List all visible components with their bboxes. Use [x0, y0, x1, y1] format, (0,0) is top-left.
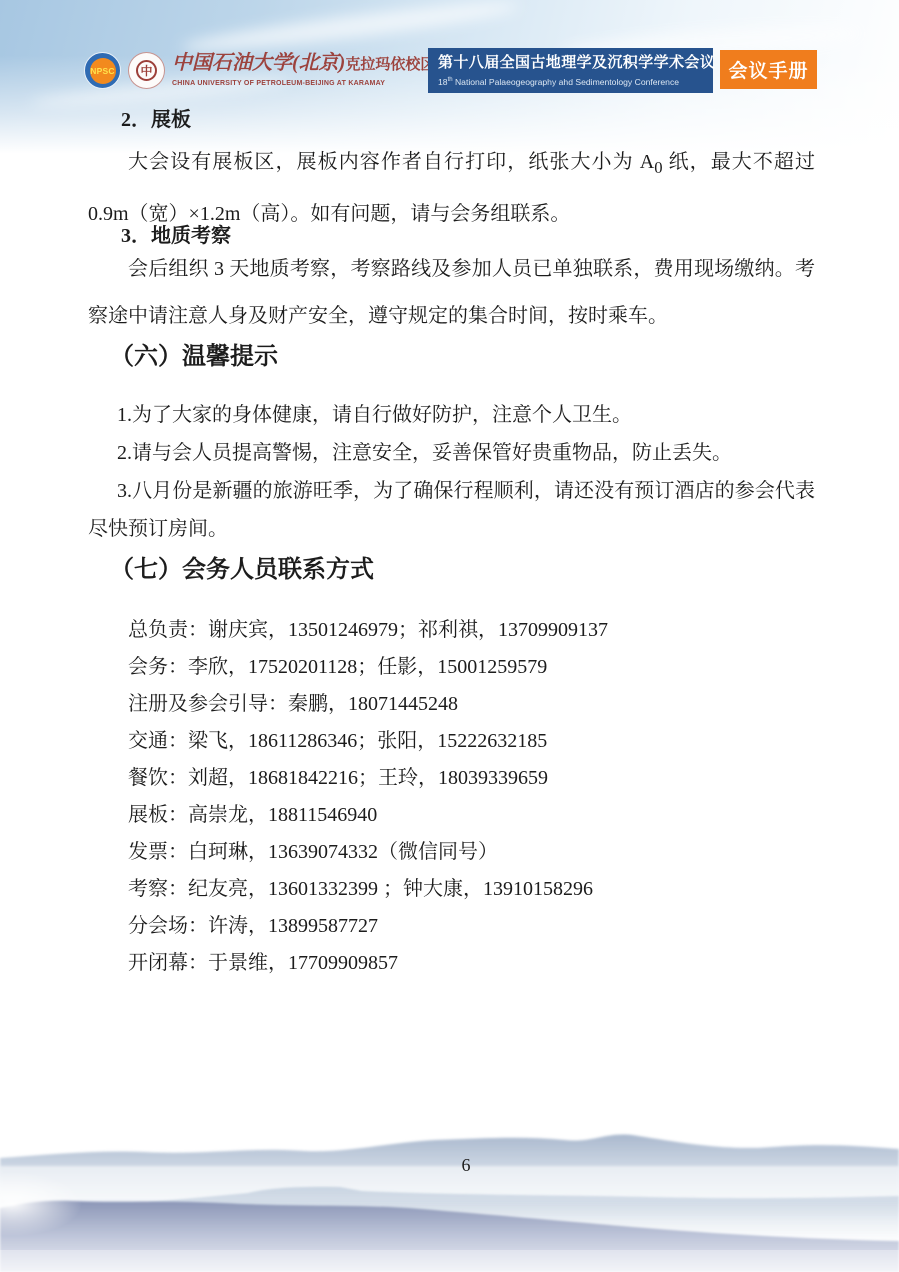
contact-line: 注册及参会引导：秦鹏，18071445248 [88, 686, 815, 723]
contact-line: 发票：白珂琳，13639074332（微信同号） [88, 834, 815, 871]
conference-title-cn: 第十八届全国古地理学及沉积学学术会议 [438, 53, 705, 73]
university-seal-icon: 中 [128, 52, 165, 89]
section-heading-tips: （六）温馨提示 [88, 340, 837, 374]
contact-line: 餐饮：刘超，18681842216；王玲，18039339659 [88, 760, 815, 797]
handbook-badge: 会议手册 [720, 50, 817, 89]
tips-item: 1.为了大家的身体健康，请自行做好防护，注意个人卫生。 [88, 396, 815, 434]
contact-line: 总负责：谢庆宾，13501246979；祁利祺，13709909137 [88, 612, 815, 649]
section-heading-posters: 2．展板 [88, 106, 848, 134]
contact-line: 展板：高崇龙，18811546940 [88, 797, 815, 834]
tips-list: 1.为了大家的身体健康，请自行做好防护，注意个人卫生。 2.请与会人员提高警惕，… [88, 396, 815, 548]
contact-line: 会务：李欣，17520201128；任影，15001259579 [88, 649, 815, 686]
tips-item: 2.请与会人员提高警惕，注意安全，妥善保管好贵重物品，防止丢失。 [88, 434, 815, 472]
contact-line: 考察：纪友亮，13601332399 ；钟大康，13910158296 [88, 871, 815, 908]
posters-subscript: 0 [654, 158, 662, 177]
tips-item: 3.八月份是新疆的旅游旺季，为了确保行程顺利，请还没有预订酒店的参会代表尽快预订… [88, 472, 815, 548]
conference-title-badge: 第十八届全国古地理学及沉积学学术会议 18th National Palaeog… [428, 48, 713, 93]
university-name-script: 中国石油大学(北京) [172, 52, 345, 74]
page-number: 6 [430, 1155, 502, 1176]
mountain-artwork [0, 1082, 899, 1272]
section-heading-contacts: （七）会务人员联系方式 [88, 553, 837, 587]
contact-line: 开闭幕：于景维，17709909857 [88, 945, 815, 982]
fieldtrip-paragraph: 会后组织 3 天地质考察，考察路线及参加人员已单独联系，费用现场缴纳。考察途中请… [88, 246, 815, 340]
conference-en-number: 18 [438, 77, 448, 87]
contact-line: 交通：梁飞，18611286346；张阳，15222632185 [88, 723, 815, 760]
conference-en-rest: National Palaeogeography ahd Sedimentolo… [453, 77, 679, 87]
university-name-cn: 中国石油大学(北京)克拉玛依校区 [172, 50, 402, 78]
npsc-logo-label: NPSC [90, 58, 116, 84]
posters-text-a: 大会设有展板区，展板内容作者自行打印，纸张大小为 A [128, 151, 654, 173]
university-seal-emblem: 中 [136, 60, 157, 81]
contact-line: 分会场：许涛，13899587727 [88, 908, 815, 945]
document-page: NPSC 中 中国石油大学(北京)克拉玛依校区 CHINA UNIVERSITY… [0, 0, 899, 1272]
conference-title-en: 18th National Palaeogeography ahd Sedime… [438, 74, 705, 88]
university-name-en: CHINA UNIVERSITY OF PETROLEUM-BEIJING AT… [172, 80, 402, 87]
contact-list: 总负责：谢庆宾，13501246979；祁利祺，13709909137 会务：李… [88, 612, 815, 982]
page-header: NPSC 中 中国石油大学(北京)克拉玛依校区 CHINA UNIVERSITY… [0, 0, 899, 100]
npsc-logo-icon: NPSC [84, 52, 121, 89]
university-campus: 克拉玛依校区 [345, 56, 435, 73]
university-identity: 中国石油大学(北京)克拉玛依校区 CHINA UNIVERSITY OF PET… [172, 50, 402, 87]
